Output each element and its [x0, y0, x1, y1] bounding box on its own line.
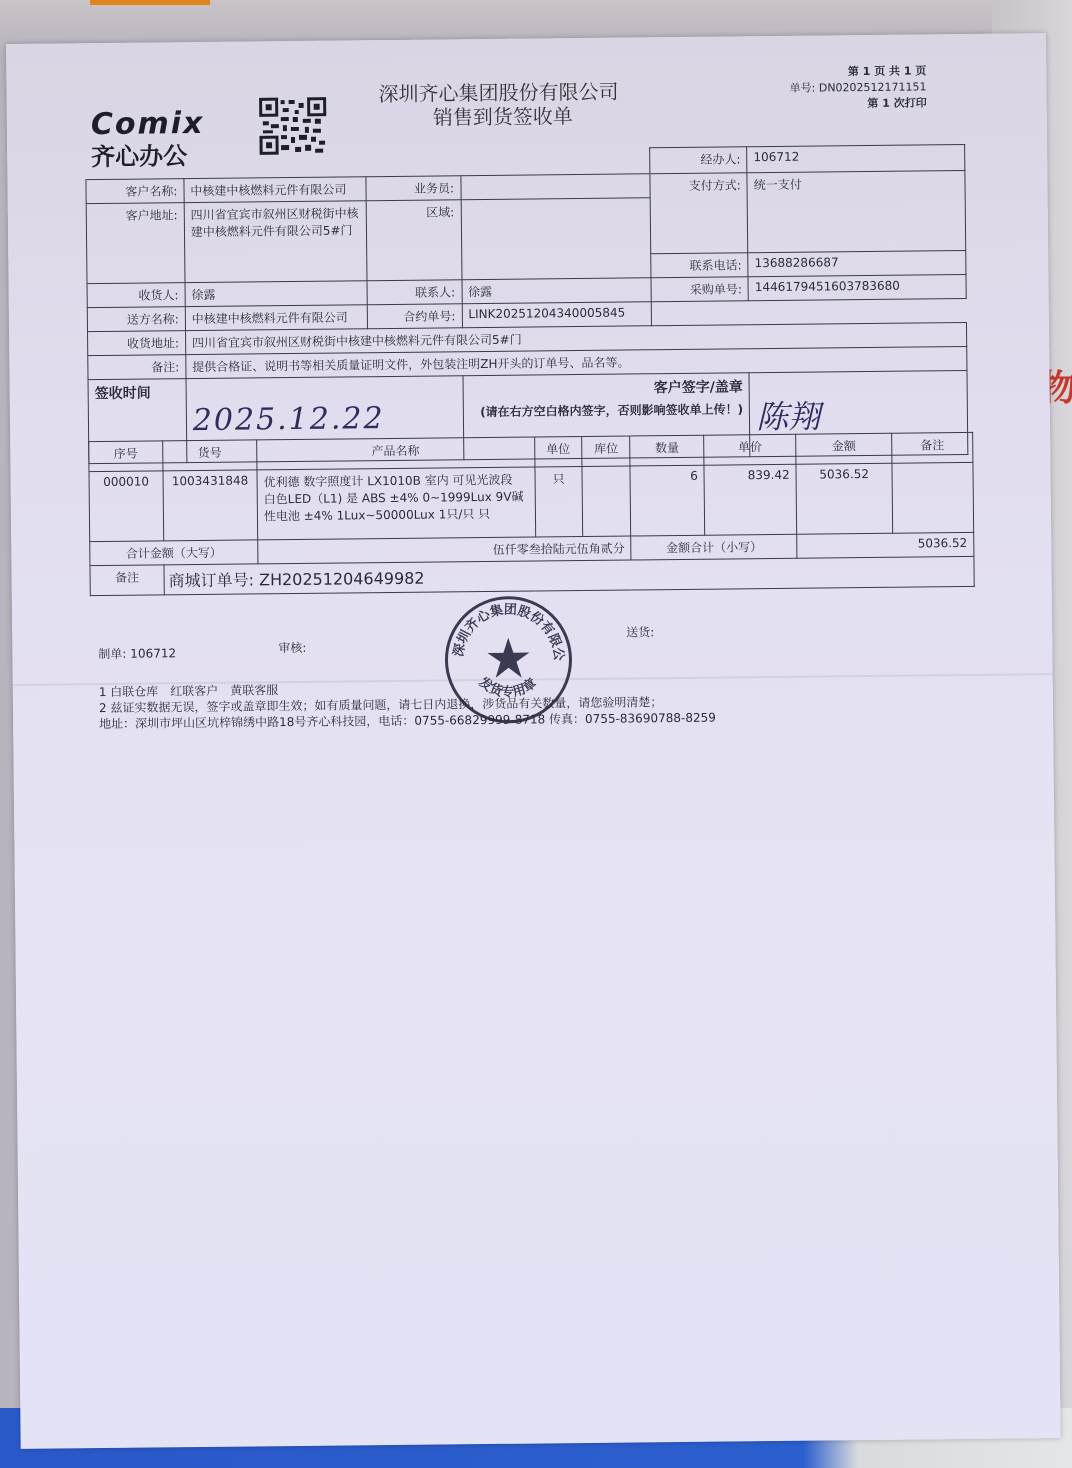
item-seq: 000010: [89, 471, 164, 542]
customer-sign-label: 客户签字/盖章: [469, 376, 743, 399]
receiver-label: 收货人:: [87, 283, 185, 308]
payment-value: 统一支付: [747, 170, 966, 252]
salesperson-value: [460, 174, 650, 200]
customer-info-table: 经办人: 106712 客户名称: 中核建中核燃料元件有限公司 业务员: 支付方…: [85, 144, 968, 464]
purchase-order-value: 1446179451603783680: [748, 274, 966, 300]
header-amount: 金额: [796, 433, 892, 464]
background-orange-strip: [90, 0, 210, 5]
item-price: 839.42: [704, 464, 797, 535]
contact-label: 联系人:: [367, 280, 462, 305]
maker-value: 106712: [130, 646, 176, 660]
page-indicator: 第 1 页 共 1 页: [848, 62, 927, 79]
region-value: [461, 198, 652, 280]
customer-address-label: 客户地址:: [86, 203, 185, 284]
item-qty: 6: [630, 465, 705, 536]
qr-code-icon: [259, 97, 330, 156]
header-unit: 单位: [534, 436, 582, 467]
document-title: 销售到货签收单: [433, 100, 573, 130]
header-remark: 备注: [892, 432, 973, 463]
customer-sign-note: (请在右方空白格内签字，否则影响签收单上传！): [469, 400, 743, 420]
item-unit: 只: [534, 466, 583, 536]
handler-value: 106712: [747, 144, 965, 172]
maker: 制单: 106712: [98, 644, 176, 662]
document-number-value: DN0202512171151: [819, 80, 927, 94]
item-location: [582, 466, 631, 536]
payment-label: 支付方式:: [650, 173, 748, 254]
document-number-label: 单号:: [790, 82, 816, 95]
sender-value: 中核建中核燃料元件有限公司: [185, 305, 367, 331]
phone-value: 13688286687: [748, 250, 966, 276]
header-seq: 序号: [89, 441, 163, 472]
region-label: 区域:: [366, 200, 462, 281]
items-remark-label: 备注: [90, 565, 164, 596]
contract-label: 合约单号:: [367, 304, 462, 329]
total-lower-value: 5036.52: [797, 532, 974, 558]
customer-signature: 陈翔: [756, 397, 820, 436]
item-sku: 1003431848: [163, 470, 258, 541]
contract-value: LINK20251204340005845: [462, 302, 652, 328]
purchase-order-label: 采购单号:: [651, 277, 748, 302]
reviewer-label: 审核:: [278, 639, 306, 656]
items-table: 序号 货号 产品名称 单位 库位 数量 单价 金额 备注 000010 1003…: [88, 432, 975, 596]
delivery-receipt-paper: Comix 齐心办公 深圳齐心集团股份有限公司 销售到货签收单 第 1 页 共 …: [6, 33, 1061, 1449]
customer-address-value: 四川省宜宾市叙州区财税街中核建中核燃料元件有限公司5#门: [184, 201, 367, 283]
header-product-name: 产品名称: [257, 437, 535, 470]
handler-label: 经办人:: [650, 147, 747, 174]
phone-label: 联系电话:: [651, 253, 748, 278]
sign-time-handwritten: 2025.12.22: [193, 401, 385, 438]
maker-label: 制单:: [98, 647, 126, 661]
item-remark: [892, 462, 974, 533]
print-count: 第 1 次打印: [867, 94, 926, 111]
stamp-star-icon: [487, 638, 529, 678]
sender-label: 送方名称:: [87, 307, 185, 332]
total-lower-label: 金额合计（小写）: [631, 534, 797, 560]
header-price: 单价: [704, 434, 796, 465]
remark-label: 备注:: [88, 355, 186, 380]
item-name: 优利德 数字照度计 LX1010B 室内 可见光波段 白色LED（L1) 是 A…: [257, 467, 535, 540]
delivery-label: 送货:: [626, 623, 654, 640]
header-sku: 货号: [163, 440, 257, 471]
document-number: 单号: DN0202512171151: [790, 78, 927, 95]
item-amount: 5036.52: [796, 463, 893, 534]
header-qty: 数量: [630, 435, 704, 466]
receiver-value: 徐露: [185, 281, 367, 307]
customer-name-value: 中核建中核燃料元件有限公司: [184, 177, 366, 203]
table-row: 000010 1003431848 优利德 数字照度计 LX1010B 室内 可…: [89, 462, 974, 541]
total-upper-label: 合计金额（大写）: [90, 540, 258, 566]
delivery-address-label: 收货地址:: [88, 331, 186, 356]
contact-value: 徐露: [461, 278, 651, 304]
header-location: 库位: [582, 436, 630, 467]
salesperson-label: 业务员:: [365, 176, 460, 201]
customer-name-label: 客户名称:: [86, 179, 184, 204]
